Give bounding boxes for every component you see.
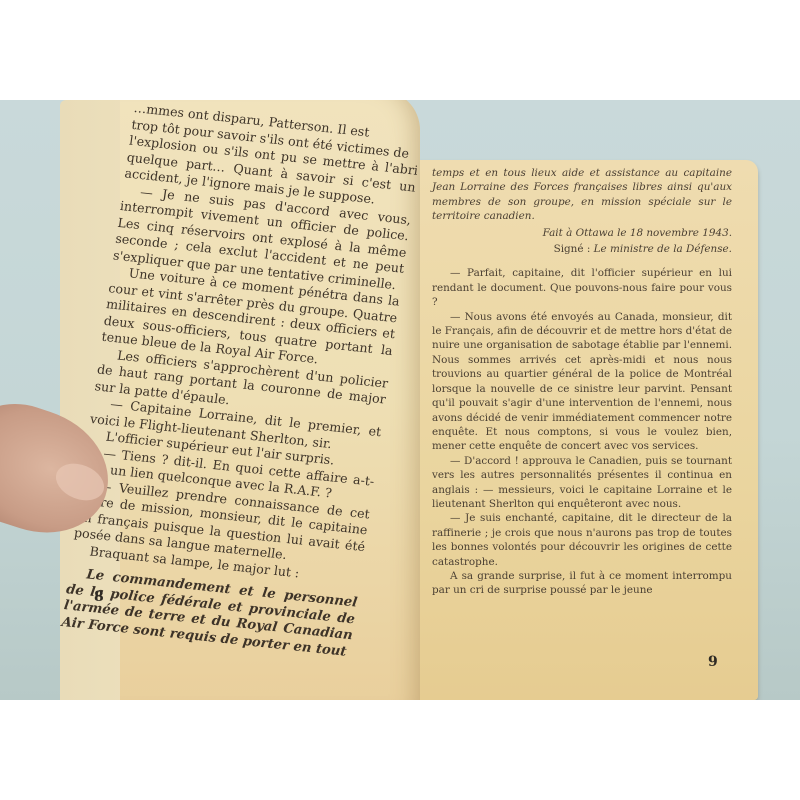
paragraph: — Je suis enchanté, capitaine, dit le di… (432, 511, 732, 569)
page-number-right: 9 (708, 654, 718, 670)
decree-place-date: Fait à Ottawa le 18 novembre 1943. (432, 226, 732, 240)
decree-signature: Signé : Le ministre de la Défense. (432, 242, 732, 256)
paragraph: — Nous avons été envoyés au Canada, mons… (432, 310, 732, 454)
decree-signatory: Le ministre de la Défense. (594, 243, 732, 255)
decree-signed-label: Signé : (554, 243, 591, 255)
page-number-left: 8 (94, 589, 104, 605)
paragraph: — Parfait, capitaine, dit l'officier sup… (432, 266, 732, 309)
paragraph: — D'accord ! approuva le Canadien, puis … (432, 454, 732, 512)
decree-continuation: temps et en tous lieux aide et assistanc… (432, 166, 732, 224)
right-page-text: temps et en tous lieux aide et assistanc… (432, 166, 732, 598)
paragraph: A sa grande surprise, il fut à ce moment… (432, 569, 732, 598)
book-photo: temps et en tous lieux aide et assistanc… (0, 100, 800, 700)
